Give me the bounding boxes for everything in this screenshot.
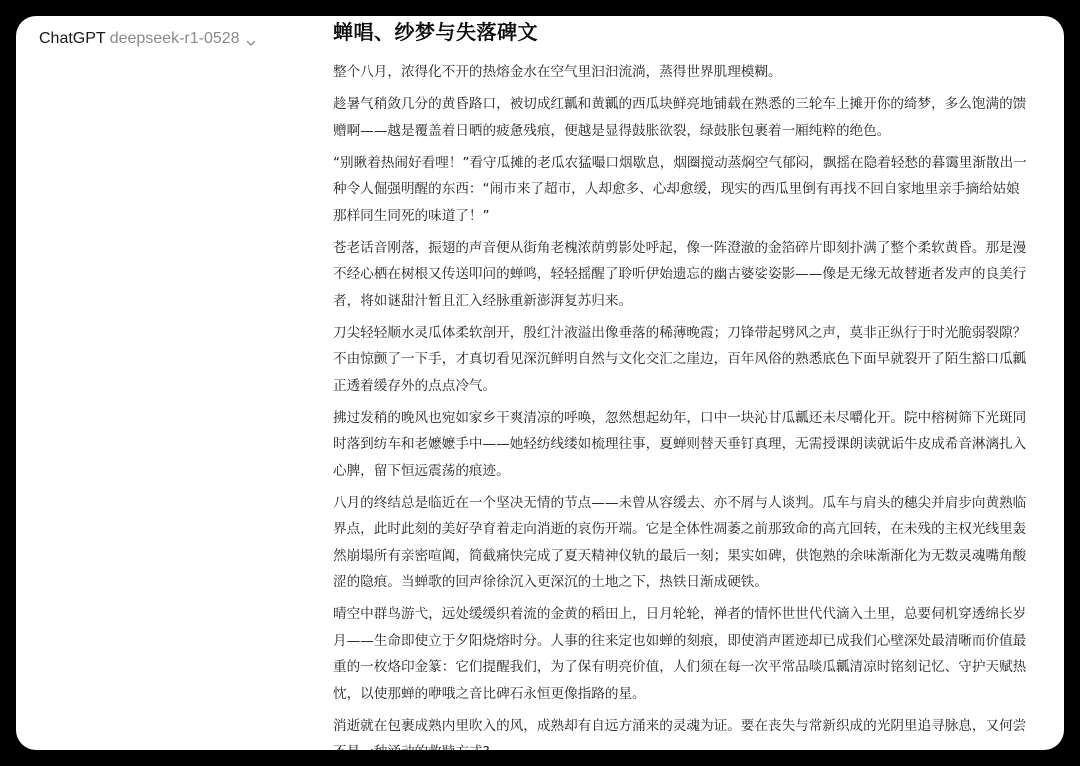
- paragraph: 晴空中群鸟游弋，远处缓缓织着流的金黄的稻田上，日月轮轮，禅者的情怀世世代代滴入土…: [333, 601, 1033, 707]
- paragraph: 趁暑气稍敛几分的黄昏路口，被切成红瓤和黄瓤的西瓜块鲜亮地铺载在熟悉的三轮车上摊开…: [333, 91, 1033, 144]
- paragraph: 消逝就在包裹成熟内里吹入的风，成熟却有自远方涌来的灵魂为证。要在丧失与常新织成的…: [333, 713, 1033, 751]
- paragraph: 刀尖轻轻顺水灵瓜体柔软剖开，殷红汁液溢出像垂落的稀薄晚霞；刀锋带起劈风之声，莫非…: [333, 320, 1033, 400]
- paragraph: 整个八月，浓得化不开的热熔金水在空气里汩汩流淌，蒸得世界肌理模糊。: [333, 59, 1033, 86]
- assistant-message: 蝉唱、纱梦与失落碑文 整个八月，浓得化不开的热熔金水在空气里汩汩流淌，蒸得世界肌…: [333, 16, 1033, 750]
- model-name: deepseek-r1-0528: [110, 29, 240, 49]
- article-title: 蝉唱、纱梦与失落碑文: [333, 16, 1033, 47]
- app-name: ChatGPT: [39, 29, 106, 49]
- model-selector[interactable]: ChatGPT deepseek-r1-0528: [39, 29, 256, 49]
- chevron-down-icon: [246, 34, 256, 44]
- paragraph: “别瞅着热闹好看哩！”看守瓜摊的老瓜农猛嘬口烟歇息，烟圈搅动蒸焖空气郁闷，飘摇在…: [333, 150, 1033, 230]
- chat-window: ChatGPT deepseek-r1-0528 蝉唱、纱梦与失落碑文 整个八月…: [16, 16, 1064, 750]
- paragraph: 苍老话音刚落，振翅的声音便从街角老槐浓荫剪影处呼起，像一阵澄澈的金箔碎片即刻扑满…: [333, 235, 1033, 315]
- paragraph: 八月的终结总是临近在一个坚决无情的节点——未曾从容缓去、亦不屑与人谈判。瓜车与肩…: [333, 490, 1033, 596]
- paragraph: 拂过发稍的晚风也宛如家乡干爽清凉的呼唤，忽然想起幼年，口中一块沁甘瓜瓤还未尽嚼化…: [333, 405, 1033, 485]
